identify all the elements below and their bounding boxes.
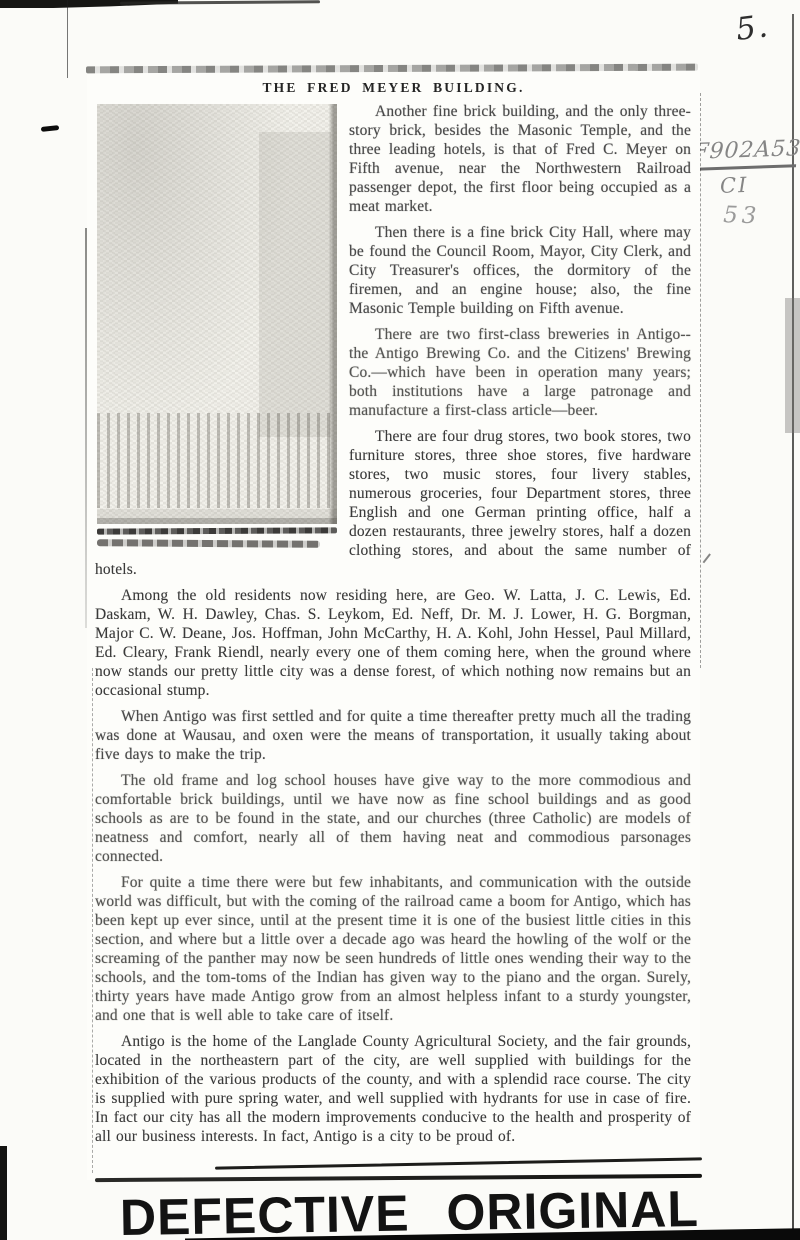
- clipping-left-border: [92, 668, 93, 1173]
- scan-bottom-left-edge: [0, 1146, 7, 1240]
- pencil-tick-mark: [703, 553, 717, 567]
- paragraph: Antigo is the home of the Langlade Count…: [95, 1032, 691, 1146]
- photo-caption-smudge: [97, 527, 337, 534]
- paragraph: Among the old residents now residing her…: [95, 586, 691, 700]
- building-photo-halftone: [97, 104, 337, 524]
- building-photo: [97, 104, 337, 547]
- article-title: THE FRED MEYER BUILDING.: [87, 80, 700, 96]
- paragraph: When Antigo was first settled and for qu…: [95, 707, 691, 764]
- column-right-border: [700, 93, 701, 668]
- call-number-line-3: 53: [723, 204, 800, 230]
- left-margin-line: [67, 0, 68, 78]
- photo-caption-smudge-2: [97, 539, 320, 548]
- call-number-line-2: CI: [720, 173, 799, 197]
- paragraph: For quite a time there were but few inha…: [95, 873, 691, 1025]
- defective-original-stamp: DEFECTIVE ORIGINAL: [120, 1179, 721, 1240]
- scan-smear-artifact-thin: [120, 0, 320, 4]
- paragraph: The old frame and log school houses have…: [95, 771, 691, 866]
- handwritten-page-number: 5.: [734, 8, 772, 48]
- article-body: Another fine brick building, and the onl…: [87, 102, 700, 1146]
- torn-top-edge: [86, 64, 698, 74]
- newspaper-clipping: THE FRED MEYER BUILDING. Another fine br…: [87, 68, 700, 1180]
- clipping-left-edge: [85, 228, 87, 628]
- handwritten-call-number: F902A53 CI 53: [692, 138, 799, 231]
- scanned-page: 5. F902A53 CI 53 THE FRED MEYER BUILDING…: [0, 0, 800, 1240]
- left-dash-mark: [41, 125, 59, 132]
- scan-right-edge-band: [785, 298, 800, 433]
- call-number-line-1: F902A53: [692, 138, 798, 171]
